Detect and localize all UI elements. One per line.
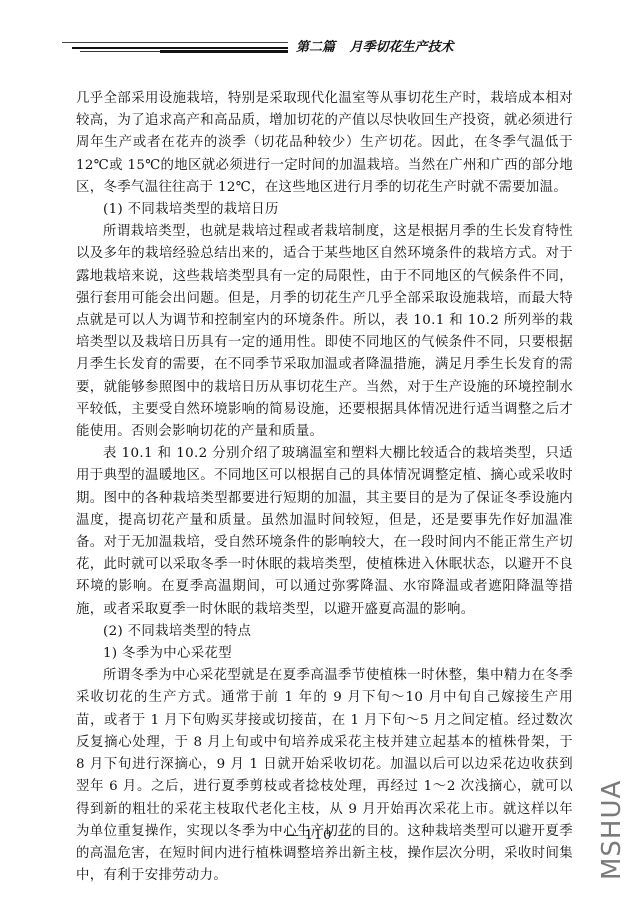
subsection-heading-winter-harvest: 1) 冬季为中心采花型 xyxy=(76,643,573,665)
watermark: MSHUA xyxy=(596,770,628,890)
header-chapter-title: 月季切花生产技术 xyxy=(350,40,454,55)
paragraph: 所谓冬季为中心采花型就是在夏季高温季节使植株一时休整，集中精力在冬季采收切花的生… xyxy=(76,665,573,887)
header-title: 第二篇 月季切花生产技术 xyxy=(296,36,454,55)
paragraph: 表 10.1 和 10.2 分别介绍了玻璃温室和塑料大棚比较适合的栽培类型，只适… xyxy=(76,443,573,621)
header-rule xyxy=(72,47,288,49)
paragraph-continued: 几乎全部采用设施栽培，特别是采取现代化温室等从事切花生产时，栽培成本相对较高，为… xyxy=(76,88,573,199)
page-body: 几乎全部采用设施栽培，特别是采取现代化温室等从事切花生产时，栽培成本相对较高，为… xyxy=(76,88,573,887)
header-part-label: 第二篇 xyxy=(296,40,335,55)
header-rule xyxy=(160,50,288,53)
section-heading-cultivation-calendar: (1) 不同栽培类型的栽培日历 xyxy=(76,199,573,221)
page-number: — 110 — xyxy=(0,828,637,843)
header-rule xyxy=(62,42,288,43)
section-heading-type-features: (2) 不同栽培类型的特点 xyxy=(76,621,573,643)
paragraph: 所谓栽培类型，也就是栽培过程或者栽培制度，这是根据月季的生长发育特性以及多年的栽… xyxy=(76,221,573,443)
